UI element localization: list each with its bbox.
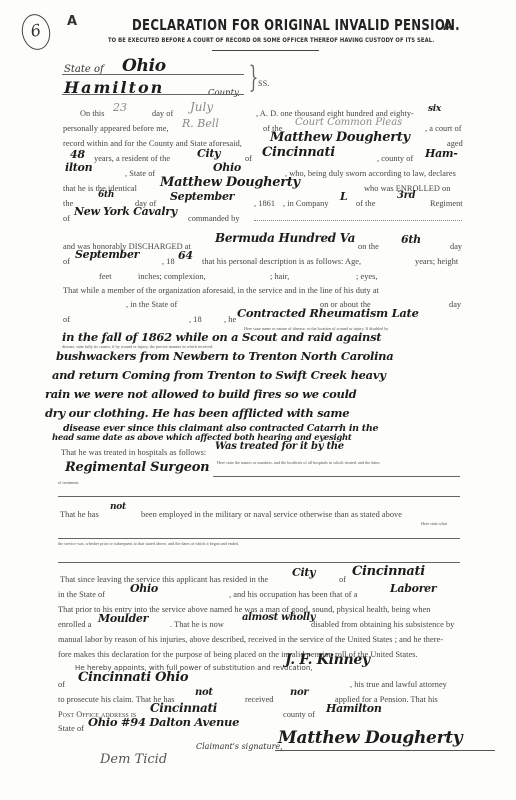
county-line	[62, 94, 244, 95]
ss-label: SS.	[258, 79, 269, 88]
manual-labor-text: manual labor by reason of his injuries, …	[58, 635, 443, 644]
applied-value: nor	[290, 687, 308, 698]
lawful-attorney-text: , his true and lawful attorney	[350, 680, 447, 689]
discharge-month: September	[75, 248, 139, 261]
enroll-month: September	[170, 190, 234, 203]
since-state-value: Ohio	[130, 582, 158, 595]
the-label: the	[63, 199, 73, 208]
of-regiment-label: of	[63, 214, 70, 223]
signature-label: Claimant's signature,	[196, 742, 283, 751]
attorney-of-label: of	[58, 680, 65, 689]
injury-narrative-line-2: bushwackers from Newbern to Trenton Nort…	[56, 349, 393, 363]
sworn-text: , who, being duly sworn according to law…	[285, 169, 456, 178]
attorney-name: J. F. Kinney	[285, 652, 370, 668]
day-value: 23	[113, 101, 127, 114]
description-label: that his personal description is as foll…	[202, 257, 361, 266]
discharge-day: 6th	[401, 233, 421, 246]
hospitals-note: Here state the names or numbers, and the…	[217, 460, 380, 465]
regiment-name: New York Cavalry	[74, 205, 177, 218]
commanded-by-field	[254, 220, 462, 221]
company-value: L	[340, 190, 347, 203]
of-month-label: of	[63, 257, 70, 266]
officer-value: R. Bell	[182, 117, 219, 130]
years-height-label: years; height	[415, 257, 458, 266]
now-value: almost wholly	[242, 612, 315, 623]
hospitals-label: That he was treated in hospitals as foll…	[61, 448, 206, 457]
received-label: received	[245, 695, 274, 704]
state-line	[62, 74, 244, 75]
county-label: County,	[208, 88, 240, 98]
document-subtitle: TO BE EXECUTED BEFORE A COURT OF RECORD …	[108, 37, 434, 44]
injury-narrative-line-4: rain we were not allowed to build fires …	[45, 387, 356, 401]
enroll-year: , 1861	[254, 199, 275, 208]
title-divider	[212, 50, 319, 51]
state-of-label: , State of	[125, 169, 155, 178]
court-of-label: , a court of	[425, 124, 462, 133]
since-city-value: Cincinnati	[352, 564, 425, 579]
discharge-place: Bermuda Hundred Va	[215, 231, 355, 245]
residence-type: City	[197, 147, 220, 160]
injury-day-label: day	[449, 300, 461, 309]
since-of-label: of	[339, 575, 346, 584]
regiment-label: Regiment	[430, 199, 463, 208]
city-value: Cincinnati	[262, 145, 335, 160]
commanded-by-label: commanded by	[188, 214, 240, 223]
discharge-year: 64	[178, 249, 193, 262]
county-value-part2: ilton	[65, 161, 92, 174]
claimant-signature: Matthew Dougherty	[278, 728, 462, 748]
corner-letter-left: A	[67, 14, 77, 29]
employment-note-2: the service was, whether prior or subseq…	[58, 541, 239, 546]
injury-narrative-line-5: dry our clothing. He has been afflicted …	[45, 406, 349, 420]
po-county-label: county of	[283, 710, 315, 719]
enrolled-value: Moulder	[98, 612, 148, 625]
in-state-of-label: , in the State of	[126, 300, 177, 309]
po-state-label: State of	[58, 724, 84, 733]
of-the-regiment-label: of the	[356, 199, 375, 208]
he-label: , he	[224, 315, 236, 324]
employment-text-2: been employed in the military or naval s…	[141, 510, 402, 519]
injury-year-prefix: , 18	[189, 315, 202, 324]
injury-narrative-line-0: Contracted Rheumatism Late	[237, 306, 419, 320]
inches-complexion-label: inches; complexion,	[138, 272, 206, 281]
county-of-label: , county of	[377, 154, 413, 163]
identical-name: Matthew Dougherty	[160, 175, 300, 190]
on-the-label: on the	[358, 242, 379, 251]
since-service-text: That since leaving the service this appl…	[60, 575, 268, 584]
signature-line	[275, 750, 495, 751]
intro-state-value: Ohio	[213, 161, 241, 174]
county-value-part1: Ham-	[425, 147, 458, 160]
employment-text-1: That he has	[60, 510, 99, 519]
years-resident-label: years, a resident of the	[94, 154, 170, 163]
day-label: day	[450, 242, 462, 251]
year-value: six	[428, 104, 441, 114]
hair-label: ; hair,	[270, 272, 289, 281]
treatment-line-2	[58, 496, 460, 497]
since-residence-type: City	[292, 566, 315, 579]
pension-declaration-page: 6 A A DECLARATION FOR ORIGINAL INVALID P…	[0, 0, 516, 800]
attorney-location: Cincinnati Ohio	[78, 670, 188, 685]
po-county-value: Hamilton	[326, 702, 382, 715]
while-member-text: That while a member of the organization …	[63, 286, 379, 295]
treatment-line-1	[213, 476, 460, 477]
margin-note: Dem Ticid	[100, 752, 167, 767]
injury-of-label: of	[63, 315, 70, 324]
po-state-value: Ohio #94 Dalton Avenue	[88, 715, 239, 729]
injury-narrative-line-3: and return Coming from Trenton to Swift …	[52, 368, 386, 382]
day-of-label: day of	[152, 109, 173, 118]
employment-value: not	[110, 502, 126, 512]
feet-label: feet	[99, 272, 112, 281]
of-treatment-label: of treatment.	[58, 480, 79, 485]
now-text: . That he is now	[170, 620, 224, 629]
eyes-label: ; eyes,	[356, 272, 378, 281]
occupation-value: Laborer	[390, 582, 436, 595]
employment-note-1: Here state what	[421, 521, 447, 526]
age-value: 48	[70, 148, 85, 161]
of-label: of	[245, 154, 252, 163]
since-in-state-label: in the State of	[58, 590, 105, 599]
page-number: 6	[19, 11, 54, 52]
hospitals-value: Was treated for it by the	[215, 441, 344, 452]
claimant-name: Matthew Dougherty	[270, 130, 410, 145]
court-value: Court Common Pleas	[295, 117, 402, 128]
venue-brace: }	[249, 60, 259, 95]
document-title: DECLARATION FOR ORIGINAL INVALID PENSION…	[132, 16, 460, 34]
regiment-value: 3rd	[397, 190, 415, 201]
month-value: July	[190, 100, 213, 114]
appeared-label: personally appeared before me,	[63, 124, 169, 133]
employment-line-1	[58, 538, 460, 539]
in-company-label: , in Company	[283, 199, 329, 208]
enrolled-a-label: enrolled a	[58, 620, 91, 629]
enroll-day: 6th	[98, 190, 114, 200]
received-value: not	[195, 687, 213, 698]
on-this-label: On this	[80, 109, 105, 118]
disabled-text: disabled from obtaining his subsistence …	[311, 620, 454, 629]
injury-narrative-line-1: in the fall of 1862 while on a Scout and…	[62, 330, 381, 344]
hospitals-value-2: Regimental Surgeon	[65, 460, 209, 475]
venue-state-value: Ohio	[122, 56, 166, 76]
employment-line-2	[58, 562, 460, 563]
discharge-year-prefix: , 18	[162, 257, 175, 266]
po-value: Cincinnati	[150, 701, 217, 715]
occupation-text: , and his occupation has been that of a	[229, 590, 357, 599]
